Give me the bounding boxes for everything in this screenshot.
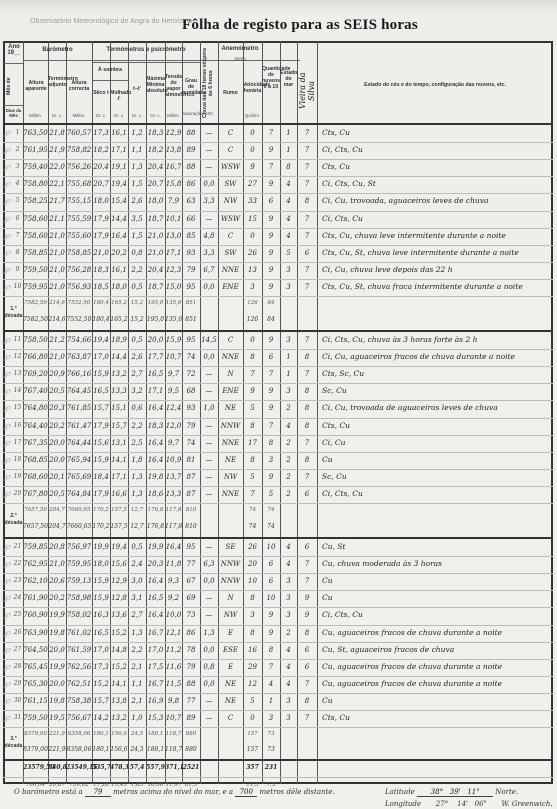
check-mark: ℘ xyxy=(4,489,10,499)
cell-vap: 12,1 xyxy=(165,628,182,638)
cell-dir: WSW xyxy=(218,214,243,224)
cell-wet: 13,2 xyxy=(110,713,128,723)
cell-cl: 6 xyxy=(262,352,280,362)
day-number: 26 xyxy=(12,628,23,638)
unit-maxmin: Gr. c. xyxy=(146,113,165,119)
cell-mx: 17,0 xyxy=(146,645,165,655)
cell-vap: 11,5 xyxy=(165,679,182,689)
cell-sea: 8 xyxy=(297,421,317,431)
cell-vap: 9,7 xyxy=(165,438,182,448)
cell-vap: 10,7 xyxy=(165,352,182,362)
cell-dry: 18,0 xyxy=(92,559,110,569)
unit-wet: Gr. c. xyxy=(110,113,128,119)
cell-rain: — xyxy=(200,369,218,379)
check-mark: ℘ xyxy=(4,179,10,189)
decade-top-value: 74 xyxy=(262,505,280,515)
row-rule xyxy=(3,176,553,177)
cell-sea: 8 xyxy=(297,352,317,362)
observation-text: Cts, Cu xyxy=(322,421,350,431)
cell-mx: 16,4 xyxy=(146,455,165,465)
observation-text: Cu, aguaceiros fracos de chuva durante a… xyxy=(322,662,502,672)
cell-vap: 9,8 xyxy=(165,696,182,706)
check-mark: ℘ xyxy=(4,679,10,689)
cell-mx: 18,6 xyxy=(146,489,165,499)
decade-label: 3.ª década xyxy=(4,736,23,750)
row-rule xyxy=(3,400,553,401)
row-rule xyxy=(3,469,553,470)
decade-top-value: 118,7 xyxy=(165,729,182,739)
cell-cl: 9 xyxy=(262,403,280,413)
observation-text: Ci, Cu, trovoada de aguaceiros leves de … xyxy=(322,403,498,413)
cell-a: 4 xyxy=(280,679,297,689)
cell-app: 767,35 xyxy=(23,438,48,448)
day-number: 17 xyxy=(12,438,23,448)
cell-spd: 8 xyxy=(243,628,262,638)
cell-spd: 26 xyxy=(243,542,262,552)
cell-diff: 1,3 xyxy=(128,489,146,499)
cell-a: 4 xyxy=(280,214,297,224)
cell-sea: 7 xyxy=(297,713,317,723)
cell-dry: 21,0 xyxy=(92,248,110,258)
day-number: 14 xyxy=(12,386,23,396)
lon-dir: W. Greenwich. xyxy=(502,800,553,808)
cell-sea: 8 xyxy=(297,196,317,206)
cell-spd: 8 xyxy=(243,455,262,465)
decade-top-value: 157,5 xyxy=(110,505,128,515)
decade-bottom-value: 157,5 xyxy=(110,522,128,532)
day-number: 23 xyxy=(12,576,23,586)
cell-a: 4 xyxy=(280,645,297,655)
cell-spd: 0 xyxy=(243,128,262,138)
cell-rain: 0,0 xyxy=(200,282,218,292)
row-rule xyxy=(3,296,553,297)
cell-sea: 7 xyxy=(297,335,317,345)
cell-diff: 2,2 xyxy=(128,645,146,655)
cell-dry: 15,9 xyxy=(92,455,110,465)
cell-sea: 9 xyxy=(297,593,317,603)
cell-rain: — xyxy=(200,145,218,155)
decade-top-value: 165,2 xyxy=(110,298,128,308)
header-subline xyxy=(92,62,200,63)
cell-vap: 12,9 xyxy=(165,128,182,138)
observation-text: Ci, Cts, Cu xyxy=(322,145,363,155)
cell-cl: 9 xyxy=(262,179,280,189)
cell-vap: 17,1 xyxy=(165,248,182,258)
decade-bottom-value: 135,6 xyxy=(165,315,182,325)
cell-spd: 5 xyxy=(243,472,262,482)
cell-hum: 74 xyxy=(182,352,200,362)
cell-a: 1 xyxy=(280,352,297,362)
cell-spd: 9 xyxy=(243,162,262,172)
cell-app: 761,90 xyxy=(23,593,48,603)
cell-a: 3 xyxy=(280,265,297,275)
cell-mx: 17,7 xyxy=(146,352,165,362)
cell-spd: 5 xyxy=(243,403,262,413)
decade-top-value: 73 xyxy=(262,729,280,739)
observation-text: Ci, Cu, trovoada, aguaceiros leves de ch… xyxy=(322,196,489,206)
decade-bottom-value: 73 xyxy=(262,745,280,755)
cell-rain: 0,8 xyxy=(200,662,218,672)
cell-th: 21,0 xyxy=(48,282,66,292)
cell-sea: 6 xyxy=(297,248,317,258)
cell-diff: 2,1 xyxy=(128,662,146,672)
cell-rain: — xyxy=(200,696,218,706)
cell-dir: ESE xyxy=(218,645,243,655)
row-rule xyxy=(3,710,553,711)
decade-bottom-value: 7582,50 xyxy=(23,315,48,325)
cell-cl: 10 xyxy=(262,542,280,552)
observation-text: Cu, St xyxy=(322,542,346,552)
cell-rain: 0,0 xyxy=(200,352,218,362)
cell-diff: 2,4 xyxy=(128,559,146,569)
cell-hum: 88 xyxy=(182,128,200,138)
cell-dir: C xyxy=(218,145,243,155)
cell-mx: 18,7 xyxy=(146,282,165,292)
cell-dir: C xyxy=(218,128,243,138)
cell-spd: 17 xyxy=(243,438,262,448)
maxmin-header: Máxima Mínima absoluta xyxy=(146,76,165,94)
cell-rain: — xyxy=(200,128,218,138)
decade-top-value: 851 xyxy=(182,298,200,308)
cell-a: 4 xyxy=(280,559,297,569)
cell-rain: 0,0 xyxy=(200,576,218,586)
cell-a: 5 xyxy=(280,248,297,258)
total-sum-value: 23579,50 xyxy=(23,763,48,773)
decade-bottom-value: 15,2 xyxy=(128,315,146,325)
cell-rain: 1,3 xyxy=(200,628,218,638)
row-rule xyxy=(3,228,553,229)
cell-rain: — xyxy=(200,713,218,723)
baro-mid: metros acima do nivel do mar, e a xyxy=(113,788,233,796)
cell-app: 761,15 xyxy=(23,696,48,706)
cell-mx: 16,9 xyxy=(146,696,165,706)
decade-top-value: 810 xyxy=(182,505,200,515)
cell-app: 759,40 xyxy=(23,162,48,172)
cell-dry: 18,5 xyxy=(92,282,110,292)
cell-spd: 20 xyxy=(243,559,262,569)
cell-rain: 3,3 xyxy=(200,196,218,206)
cell-a: 2 xyxy=(280,489,297,499)
day-number: 31 xyxy=(12,713,23,723)
decade-top-value: 170,2 xyxy=(92,505,110,515)
row-rule xyxy=(3,383,553,384)
cell-spd: 10 xyxy=(243,576,262,586)
cell-rain: 6,3 xyxy=(200,559,218,569)
cell-hum: 89 xyxy=(182,145,200,155)
cell-cl: 6 xyxy=(262,196,280,206)
check-mark: ℘ xyxy=(4,662,10,672)
cell-dir: NE xyxy=(218,696,243,706)
decade-bottom-value: 74 xyxy=(262,522,280,532)
cell-cor: 761,47 xyxy=(66,421,92,431)
row-rule xyxy=(3,573,553,574)
unit-bar-corrected: Millim. xyxy=(66,113,92,119)
thermo-group-header: Termómetros e psicrómetro xyxy=(92,47,200,53)
cell-a: 4 xyxy=(280,542,297,552)
cell-vap: 12,0 xyxy=(165,421,182,431)
cell-cor: 765,94 xyxy=(66,455,92,465)
cell-vap: 15,8 xyxy=(165,179,182,189)
longitude-line: Longitude 27° 14' 06" W. Greenwich. xyxy=(385,800,553,808)
row-rule xyxy=(3,590,553,591)
cell-cor: 766,16 xyxy=(66,369,92,379)
cell-wet: 12,9 xyxy=(110,576,128,586)
observation-text: Ci, Cts, Cu xyxy=(322,610,363,620)
cell-wet: 13,2 xyxy=(110,369,128,379)
cell-th: 21,0 xyxy=(48,559,66,569)
cell-th: 20,5 xyxy=(48,386,66,396)
cell-dry: 18,2 xyxy=(92,145,110,155)
cell-diff: 1,5 xyxy=(128,179,146,189)
decade-bottom-value: 156,6 xyxy=(110,745,128,755)
cell-wet: 14,1 xyxy=(110,455,128,465)
cell-mx: 16,7 xyxy=(146,628,165,638)
cell-cl: 9 xyxy=(262,335,280,345)
cell-mx: 16,7 xyxy=(146,679,165,689)
cell-spd: 0 xyxy=(243,713,262,723)
cell-th: 20,0 xyxy=(48,438,66,448)
decade-bottom-value: 880 xyxy=(182,745,200,755)
day-number: 11 xyxy=(12,335,23,345)
cell-th: 19,8 xyxy=(48,696,66,706)
cell-mx: 16,4 xyxy=(146,576,165,586)
cell-spd: 26 xyxy=(243,248,262,258)
cell-th: 21,9 xyxy=(48,145,66,155)
cell-mx: 20,4 xyxy=(146,265,165,275)
page-title: Fôlha de registo para as SEIS horas xyxy=(182,17,418,34)
cell-sea: 6 xyxy=(297,489,317,499)
lat-sec: 11" xyxy=(467,788,479,796)
cell-hum: 86 xyxy=(182,179,200,189)
lon-sec: 06" xyxy=(475,800,487,808)
observation-text: Cu, chuva moderada às 3 horas xyxy=(322,559,442,569)
decade-bottom-value: 7552,50 xyxy=(66,315,92,325)
cell-wet: 13,3 xyxy=(110,386,128,396)
lat-dir: Norte. xyxy=(495,788,518,796)
observations-header: Estado do céu e do tempo, configuração d… xyxy=(317,82,553,88)
speed-header: Velocidade horária xyxy=(243,82,262,94)
cell-th: 21,2 xyxy=(48,335,66,345)
cell-sea: 7 xyxy=(297,576,317,586)
decade-bottom-value: 195,0 xyxy=(146,315,165,325)
decade-top-value: 180,1 xyxy=(92,729,110,739)
header-subline xyxy=(4,63,23,64)
cell-vap: 16,7 xyxy=(165,162,182,172)
decade-bottom-value: 24,5 xyxy=(128,745,146,755)
cell-spd: 3 xyxy=(243,282,262,292)
cell-vap: 15,9 xyxy=(165,335,182,345)
cell-vap: 10,7 xyxy=(165,713,182,723)
cell-diff: 0,8 xyxy=(128,248,146,258)
decade-bottom-value: 157 xyxy=(243,745,262,755)
cell-diff: 2,2 xyxy=(128,421,146,431)
cell-dir: C xyxy=(218,713,243,723)
cell-spd: 12 xyxy=(243,679,262,689)
decade-top-value: 74 xyxy=(243,505,262,515)
observation-text: Cts, Sc, Cu xyxy=(322,369,364,379)
cell-mx: 20,7 xyxy=(146,179,165,189)
cell-a: 2 xyxy=(280,455,297,465)
cell-hum: 81 xyxy=(182,455,200,465)
cell-cor: 756,97 xyxy=(66,542,92,552)
check-mark: ℘ xyxy=(4,386,10,396)
check-mark: ℘ xyxy=(4,593,10,603)
observation-text: Cu, St, aguaceiros fracos de chuva xyxy=(322,645,454,655)
lon-deg: 27° xyxy=(436,800,448,808)
cell-wet: 19,4 xyxy=(110,542,128,552)
cell-app: 758,50 xyxy=(23,335,48,345)
observatory-name: Observatório Meteorológico de Angra do H… xyxy=(30,18,193,25)
cell-rain: — xyxy=(200,421,218,431)
dry-header: Sêco t xyxy=(92,90,110,96)
header-bottom-rule xyxy=(3,123,553,125)
baro-post: metros dêle distante. xyxy=(260,788,335,796)
cell-app: 758,80 xyxy=(23,179,48,189)
cell-th: 21,0 xyxy=(48,231,66,241)
cell-rain: — xyxy=(200,455,218,465)
cell-wet: 14,1 xyxy=(110,679,128,689)
cell-vap: 16,4 xyxy=(165,542,182,552)
cell-cl: 9 xyxy=(262,265,280,275)
cell-app: 762,10 xyxy=(23,576,48,586)
lon-label: Longitude xyxy=(385,800,421,808)
cell-spd: 15 xyxy=(243,214,262,224)
cell-app: 758,60 xyxy=(23,231,48,241)
cell-dir: N xyxy=(218,593,243,603)
cell-wet: 16,4 xyxy=(110,231,128,241)
day-number: 25 xyxy=(12,610,23,620)
cell-cor: 756,93 xyxy=(66,282,92,292)
row-rule xyxy=(3,193,553,194)
cell-vap: 13,7 xyxy=(165,472,182,482)
cell-hum: 93 xyxy=(182,248,200,258)
cell-diff: 1,3 xyxy=(128,472,146,482)
cell-th: 21,1 xyxy=(48,214,66,224)
cell-cor: 755,60 xyxy=(66,231,92,241)
cell-dry: 15,9 xyxy=(92,369,110,379)
cell-cl: 8 xyxy=(262,645,280,655)
cell-wet: 17,1 xyxy=(110,472,128,482)
unit-bar-thermo: Gr. c. xyxy=(48,113,66,119)
decade-label: 2.ª década xyxy=(4,513,23,527)
cell-diff: 0,5 xyxy=(128,335,146,345)
check-mark: ℘ xyxy=(4,145,10,155)
cell-app: 764,40 xyxy=(23,421,48,431)
decade-bottom-value: 188,1 xyxy=(146,745,165,755)
cell-cor: 755,68 xyxy=(66,179,92,189)
cell-sea: 7 xyxy=(297,214,317,224)
cell-spd: 8 xyxy=(243,352,262,362)
decade-top-value: 8358,06 xyxy=(66,729,92,739)
decade-bottom-value: 84 xyxy=(262,315,280,325)
cell-cl: 9 xyxy=(262,145,280,155)
row-rule xyxy=(3,659,553,660)
decade-bottom-value: 165,2 xyxy=(110,315,128,325)
clouds-header: Quantidade de nuvens 0 a 10 xyxy=(262,66,280,90)
cell-spd: 7 xyxy=(243,489,262,499)
cell-sea: 7 xyxy=(297,679,317,689)
decade-top-value: 195,0 xyxy=(146,298,165,308)
cell-app: 768,60 xyxy=(23,472,48,482)
cell-dir: NNE xyxy=(218,265,243,275)
cell-cl: 4 xyxy=(262,679,280,689)
check-mark: ℘ xyxy=(4,196,10,206)
header-subline xyxy=(92,80,128,81)
cell-sea: 7 xyxy=(297,145,317,155)
check-mark: ℘ xyxy=(4,472,10,482)
cell-hum: 77 xyxy=(182,696,200,706)
row-rule xyxy=(3,486,553,487)
cell-sea: 7 xyxy=(297,438,317,448)
cell-cl: 9 xyxy=(262,231,280,241)
cell-mx: 18,7 xyxy=(146,214,165,224)
cell-cor: 762,56 xyxy=(66,662,92,672)
check-mark: ℘ xyxy=(4,231,10,241)
day-number: 10 xyxy=(12,282,23,292)
cell-dir: NE xyxy=(218,679,243,689)
cell-diff: 1,3 xyxy=(128,628,146,638)
row-rule xyxy=(3,366,553,367)
lat-deg: 38° xyxy=(431,788,443,796)
cell-sea: 8 xyxy=(297,696,317,706)
cell-a: 8 xyxy=(280,162,297,172)
cell-hum: 78 xyxy=(182,645,200,655)
row-rule xyxy=(3,676,553,677)
cell-wet: 20,2 xyxy=(110,248,128,258)
cell-wet: 14,4 xyxy=(110,214,128,224)
day-header: Dias da Mês xyxy=(4,108,23,118)
cell-spd: 0 xyxy=(243,231,262,241)
cell-hum: 79 xyxy=(182,421,200,431)
decade-top-value: 12,7 xyxy=(128,505,146,515)
row-rule xyxy=(3,349,553,350)
year-header: Ano 19__ xyxy=(5,44,23,56)
cell-sea: 8 xyxy=(297,455,317,465)
cell-hum: 88 xyxy=(182,679,200,689)
decade-bottom-value: 118,7 xyxy=(165,745,182,755)
cell-vap: 13,0 xyxy=(165,231,182,241)
day-number: 22 xyxy=(12,559,23,569)
row-rule xyxy=(3,693,553,694)
cell-cl: 3 xyxy=(262,455,280,465)
cell-sea: 7 xyxy=(297,369,317,379)
baro-height: 79 xyxy=(85,788,111,797)
cell-th: 19,5 xyxy=(48,713,66,723)
decade-top-value: 214,6 xyxy=(48,298,66,308)
cell-cl: 5 xyxy=(262,489,280,499)
cell-a: 3 xyxy=(280,282,297,292)
decade-top-value: 157 xyxy=(243,729,262,739)
cell-cor: 754,66 xyxy=(66,335,92,345)
decade-bottom-value: 851 xyxy=(182,315,200,325)
cell-app: 764,80 xyxy=(23,403,48,413)
observation-text: Cts, Cu xyxy=(322,713,350,723)
cell-mx: 19,8 xyxy=(146,472,165,482)
cell-dry: 17,9 xyxy=(92,231,110,241)
cell-wet: 16,1 xyxy=(110,128,128,138)
decade-bottom-value: 176,8 xyxy=(146,522,165,532)
cell-app: 759,85 xyxy=(23,542,48,552)
cell-vap: 9,3 xyxy=(165,576,182,586)
row-rule xyxy=(3,211,553,212)
cell-vap: 11,2 xyxy=(165,645,182,655)
cell-vap: 11,8 xyxy=(165,559,182,569)
cell-cl: 7 xyxy=(262,421,280,431)
decade-bottom-value: 810 xyxy=(182,522,200,532)
cell-rain: — xyxy=(200,438,218,448)
cell-dry: 15,7 xyxy=(92,403,110,413)
row-rule xyxy=(3,625,553,626)
